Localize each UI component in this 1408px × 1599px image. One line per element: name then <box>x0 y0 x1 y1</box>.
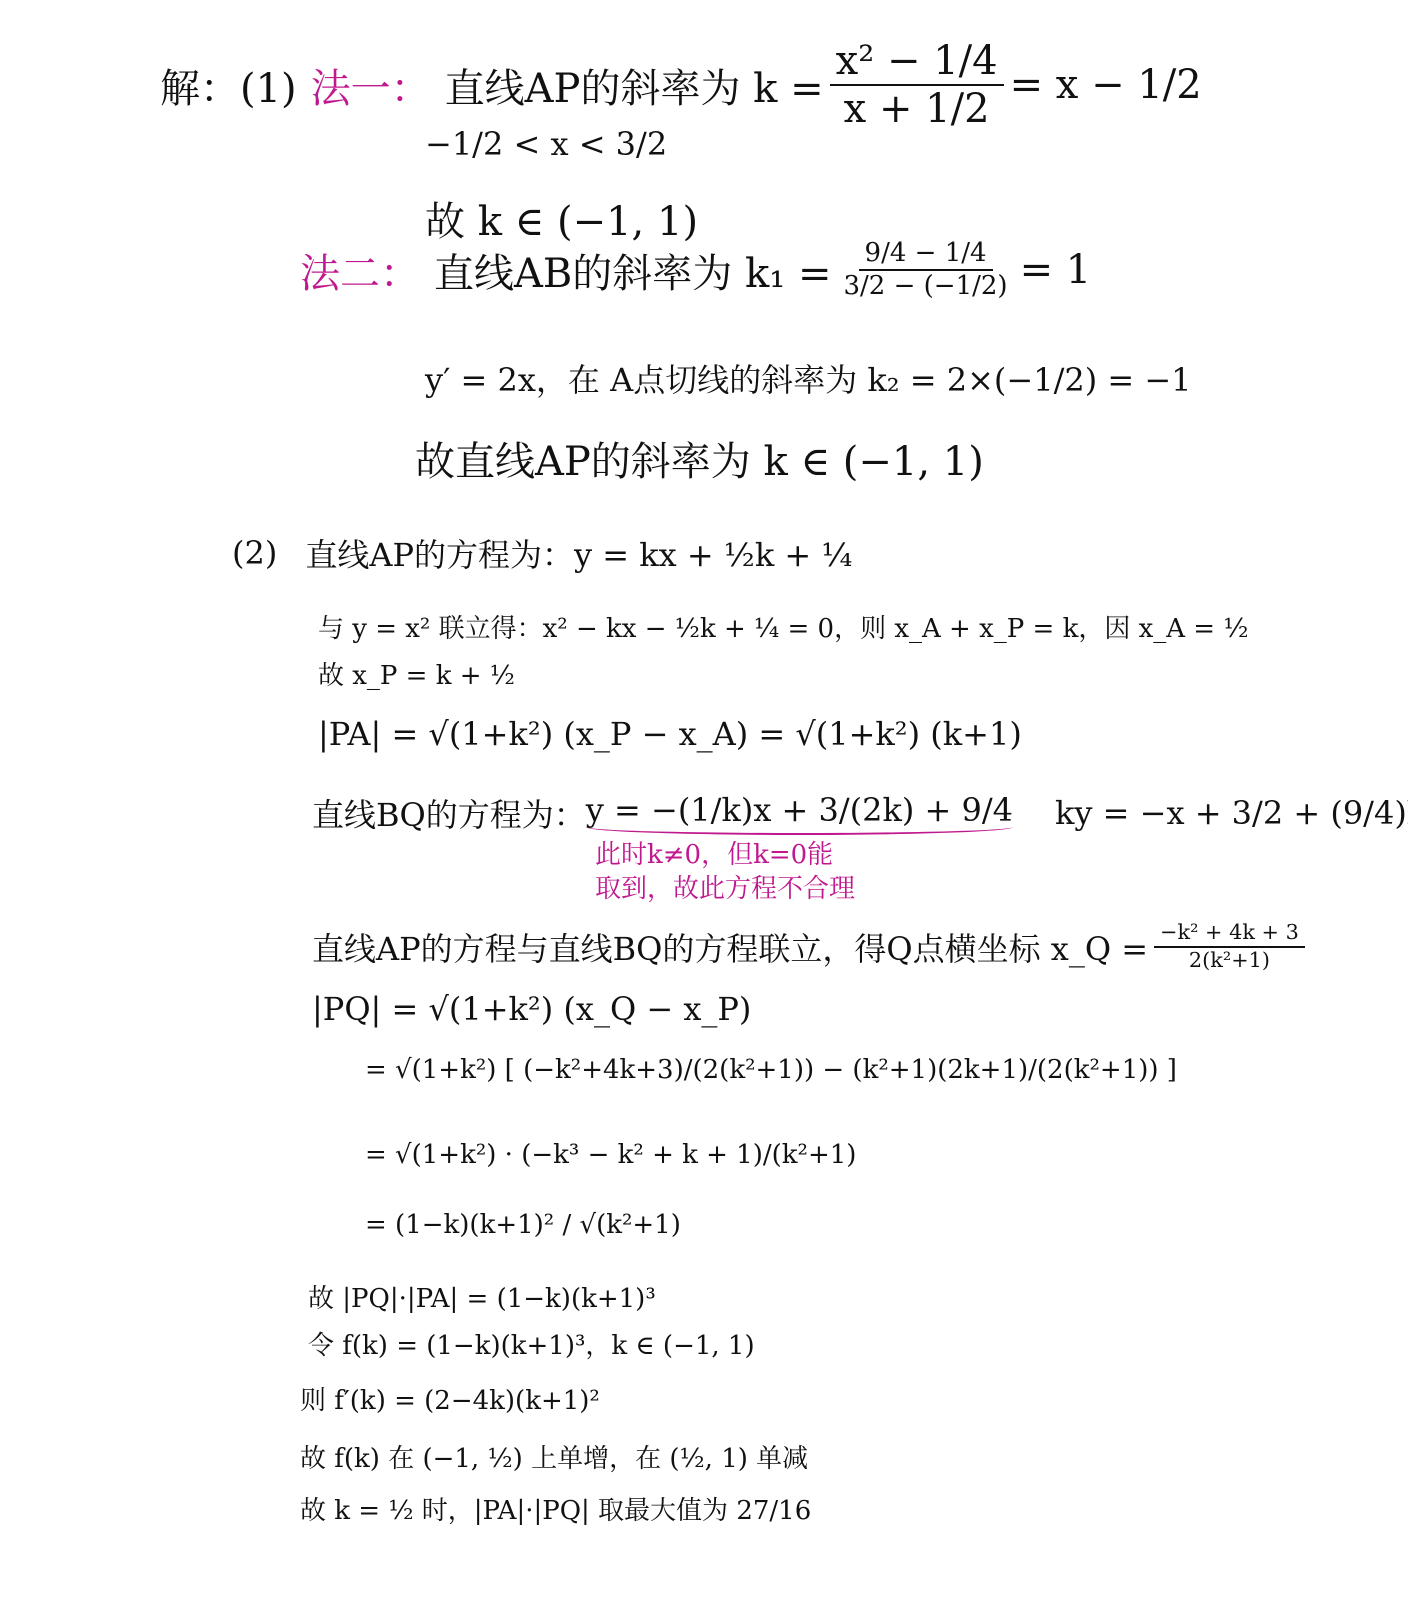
conclusion-line2: 令 f(k) = (1−k)(k+1)³，k ∈ (−1, 1) <box>308 1325 755 1362</box>
method2-fraction: 9/4 − 1/4 3/2 − (−1/2) <box>838 240 1014 301</box>
annotation-line1: 此时k≠0，但k=0能 <box>595 838 855 872</box>
annotation-note: 此时k≠0，但k=0能 取到，故此方程不合理 <box>595 838 855 906</box>
xq-fraction: −k² + 4k + 3 2(k²+1) <box>1154 922 1305 972</box>
conclusion-line5: 故 k = ½ 时，|PA|·|PQ| 取最大值为 27/16 <box>300 1490 811 1527</box>
method1-line1-text: 直线AP的斜率为 k = <box>445 57 824 114</box>
method1-line1-result: = x − 1/2 <box>1010 62 1202 108</box>
xq-text: 直线AP的方程与直线BQ的方程联立，得Q点横坐标 x_Q = <box>312 924 1148 970</box>
pq-step3: = (1−k)(k+1)² / √(k²+1) <box>365 1210 681 1240</box>
method2-line1-result: = 1 <box>1020 247 1092 293</box>
xq-line: 直线AP的方程与直线BQ的方程联立，得Q点横坐标 x_Q = −k² + 4k … <box>312 922 1311 972</box>
method1-line2: −1/2 < x < 3/2 <box>425 125 667 163</box>
xp-value: 故 x_P = k + ½ <box>318 655 515 692</box>
pq-step2: = √(1+k²) · (−k³ − k² + k + 1)/(k²+1) <box>365 1140 856 1170</box>
derivative: 则 f′(k) = (2−4k)(k+1)² <box>300 1380 600 1417</box>
tangent-slope-text: y′ = 2x，在 A点切线的斜率为 k₂ = 2×(−1/2) = −1 <box>425 355 1192 401</box>
method2-conclusion: 故直线AP的斜率为 k ∈ (−1, 1) <box>415 430 984 487</box>
conclusion-line3: 则 f′(k) = (2−4k)(k+1)² <box>300 1380 600 1417</box>
conclusion-line4: 故 f(k) 在 (−1, ½) 上单增，在 (½, 1) 单减 <box>300 1438 808 1475</box>
pq-step1: = √(1+k²) [ (−k²+4k+3)/(2(k²+1)) − (k²+1… <box>365 1055 1177 1085</box>
pq-line2: = √(1+k²) [ (−k²+4k+3)/(2(k²+1)) − (k²+1… <box>365 1055 1177 1085</box>
method2-label: 法二： <box>300 242 420 299</box>
part1-heading: 解：(1) <box>160 57 297 114</box>
pq-line3: = √(1+k²) · (−k³ − k² + k + 1)/(k²+1) <box>365 1140 856 1170</box>
system-equation: 与 y = x² 联立得：x² − kx − ½k + ¼ = 0，则 x_A … <box>318 608 1249 645</box>
pq-definition: |PQ| = √(1+k²) (x_Q − x_P) <box>312 990 751 1028</box>
bq-line: 直线BQ的方程为： y = −(1/k)x + 3/(2k) + 9/4 ky … <box>312 790 1408 836</box>
method2-line1-text: 直线AB的斜率为 k₁ = <box>434 242 832 299</box>
fraction-numerator: x² − 1/4 <box>830 40 1004 86</box>
fraction-denominator: 3/2 − (−1/2) <box>838 271 1014 300</box>
method1-line3: 故 k ∈ (−1, 1) <box>425 190 698 247</box>
pq-line4: = (1−k)(k+1)² / √(k²+1) <box>365 1210 681 1240</box>
part2-line3: 故 x_P = k + ½ <box>318 655 515 692</box>
part1-heading-row: 解：(1) 法一： 直线AP的斜率为 k = x² − 1/4 x + 1/2 … <box>160 40 1202 130</box>
method2-line3: 故直线AP的斜率为 k ∈ (−1, 1) <box>415 430 984 487</box>
method1-inequality: −1/2 < x < 3/2 <box>425 125 667 163</box>
method1-conclusion: 故 k ∈ (−1, 1) <box>425 190 698 247</box>
part2-line1: (2) 直线AP的方程为：y = kx + ½k + ¼ <box>232 530 852 576</box>
ap-equation: 直线AP的方程为：y = kx + ½k + ¼ <box>305 530 852 576</box>
method1-label: 法一： <box>311 57 431 114</box>
method1-fraction: x² − 1/4 x + 1/2 <box>830 40 1004 130</box>
method2-line2: y′ = 2x，在 A点切线的斜率为 k₂ = 2×(−1/2) = −1 <box>425 355 1192 401</box>
conclusion-line1: 故 |PQ|·|PA| = (1−k)(k+1)³ <box>308 1278 656 1315</box>
pq-line1: |PQ| = √(1+k²) (x_Q − x_P) <box>312 990 751 1028</box>
function-definition: 令 f(k) = (1−k)(k+1)³，k ∈ (−1, 1) <box>308 1325 755 1362</box>
bq-label: 直线BQ的方程为： <box>312 790 586 836</box>
monotonicity: 故 f(k) 在 (−1, ½) 上单增，在 (½, 1) 单减 <box>300 1438 808 1475</box>
fraction-denominator: x + 1/2 <box>838 86 996 130</box>
part2-heading: (2) <box>232 534 277 572</box>
maximum-value: 故 k = ½ 时，|PA|·|PQ| 取最大值为 27/16 <box>300 1490 811 1527</box>
bq-equation: y = −(1/k)x + 3/(2k) + 9/4 <box>586 791 1013 835</box>
annotation-line2: 取到，故此方程不合理 <box>595 872 855 906</box>
product-formula: 故 |PQ|·|PA| = (1−k)(k+1)³ <box>308 1278 656 1315</box>
method2-line1: 法二： 直线AB的斜率为 k₁ = 9/4 − 1/4 3/2 − (−1/2)… <box>300 240 1091 301</box>
fraction-numerator: 9/4 − 1/4 <box>859 240 993 271</box>
fraction-numerator: −k² + 4k + 3 <box>1154 922 1305 948</box>
fraction-denominator: 2(k²+1) <box>1183 948 1276 972</box>
bq-alt-equation: ky = −x + 3/2 + (9/4)k <box>1055 794 1408 832</box>
pa-length: |PA| = √(1+k²) (x_P − x_A) = √(1+k²) (k+… <box>318 715 1022 753</box>
part2-line4: |PA| = √(1+k²) (x_P − x_A) = √(1+k²) (k+… <box>318 715 1022 753</box>
part2-line2: 与 y = x² 联立得：x² − kx − ½k + ¼ = 0，则 x_A … <box>318 608 1249 645</box>
